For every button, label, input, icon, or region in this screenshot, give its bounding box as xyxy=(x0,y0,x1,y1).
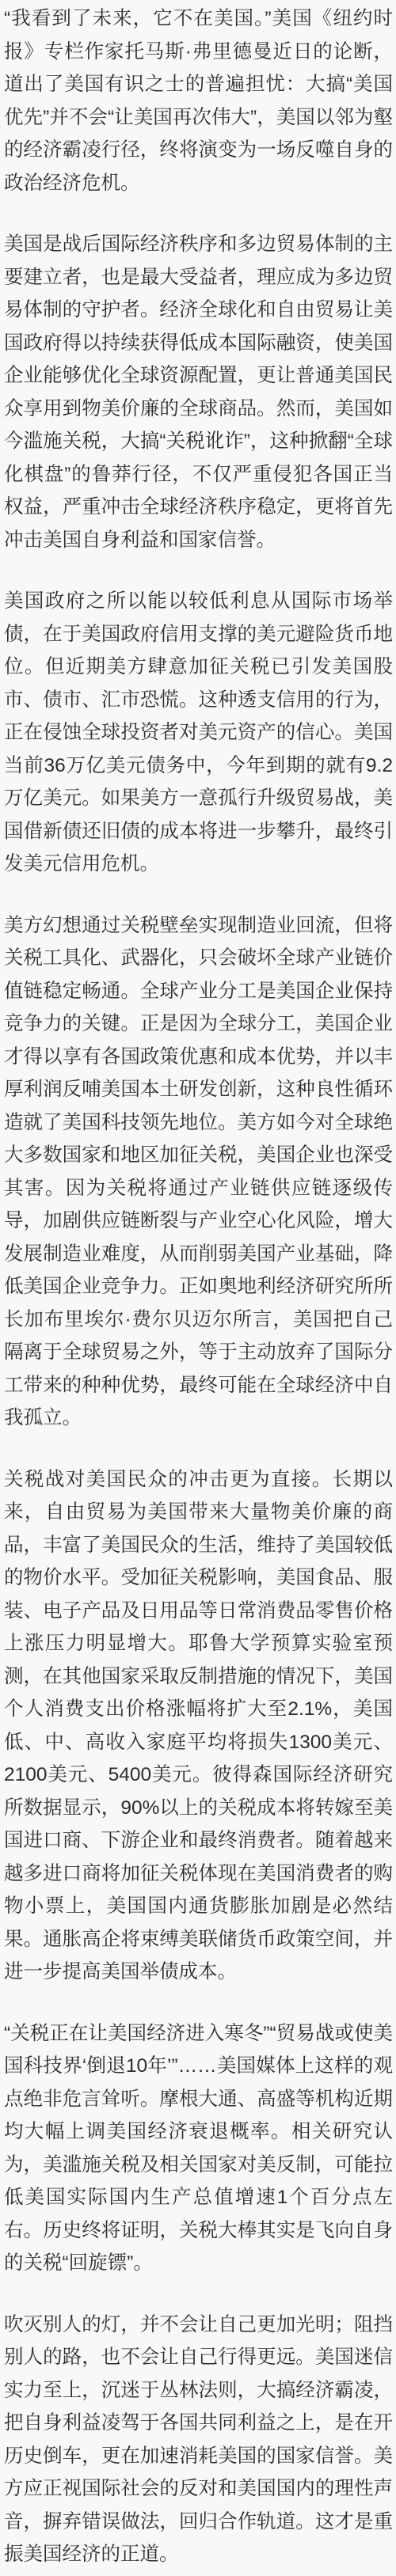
article-paragraph: 美国政府之所以能以较低利息从国际市场举债，在于美国政府信用支撑的美元避险货币地位… xyxy=(4,585,393,881)
article-paragraph: “关税正在让美国经济进入寒冬”“贸易战或使美国科技界‘倒退10年’”……美国媒体… xyxy=(4,2017,393,2280)
article-body: “我看到了未来，它不在美国。”美国《纽约时报》专栏作家托马斯·弗里德曼近日的论断… xyxy=(0,0,396,2576)
article-paragraph: “我看到了未来，它不在美国。”美国《纽约时报》专栏作家托马斯·弗里德曼近日的论断… xyxy=(4,2,393,199)
article-paragraph: 关税战对美国民众的冲击更为直接。长期以来，自由贸易为美国带来大量物美价廉的商品，… xyxy=(4,1463,393,1989)
article-paragraph: 美方幻想通过关税壁垒实现制造业回流，但将关税工具化、武器化，只会破坏全球产业链价… xyxy=(4,909,393,1435)
article-paragraph: 吹灭别人的灯，并不会让自己更加光明；阻挡别人的路，也不会让自己行得更远。美国迷信… xyxy=(4,2309,393,2571)
article-paragraph: 美国是战后国际经济秩序和多边贸易体制的主要建立者，也是最大受益者，理应成为多边贸… xyxy=(4,228,393,556)
